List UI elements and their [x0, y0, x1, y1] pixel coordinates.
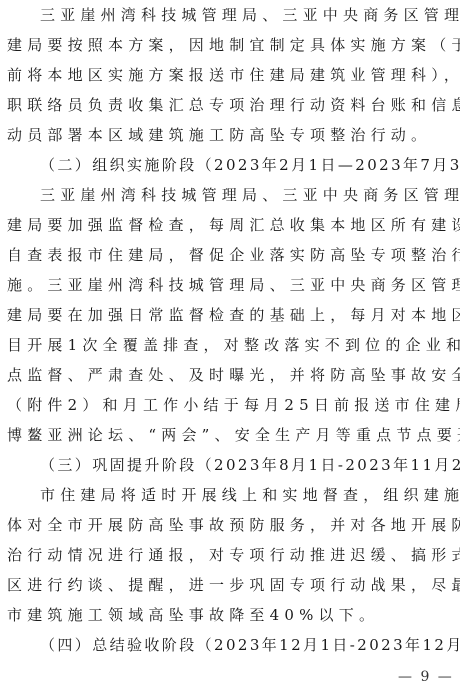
paragraph-line: 市住建局将适时开展线上和实地督查，组织建施安责险共保 — [40, 480, 457, 510]
section-heading: （三）巩固提升阶段（2023年8月1日-2023年11月25日） — [40, 450, 460, 480]
paragraph-line: 三亚崖州湾科技城管理局、三亚中央商务区管理局、各区住 — [40, 180, 457, 210]
paragraph-line: 目开展1次全覆盖排查，对整改落实不到位的企业和项目实行重 — [7, 330, 457, 360]
document-page: 三亚崖州湾科技城管理局、三亚中央商务区管理局、各区住 建局要按照本方案，因地制宜… — [0, 0, 460, 692]
paragraph-line: 博鳌亚洲论坛、“两会”、安全生产月等重点节点要开展专查专报。 — [7, 420, 457, 450]
paragraph-line: 前将本地区实施方案报送市住建局建筑业管理科），明确1名专 — [7, 60, 457, 90]
paragraph-line: 建局要按照本方案，因地制宜制定具体实施方案（于1月31日 — [7, 30, 457, 60]
paragraph-line: 治行动情况进行通报，对专项行动推进迟缓、搞形式走过场的地 — [7, 540, 457, 570]
paragraph-line: 建局要加强监督检查，每周汇总收集本地区所有建设项目防高坠 — [7, 210, 457, 240]
paragraph-line: 施。三亚崖州湾科技城管理局、三亚中央商务区管理局、各区住 — [7, 270, 457, 300]
paragraph-line: 区进行约谈、提醒，进一步巩固专项行动战果，尽最大努力将我 — [7, 570, 457, 600]
paragraph-line: 动员部署本区域建筑施工防高坠专项整治行动。 — [7, 120, 457, 150]
paragraph-line: 点监督、严肃查处、及时曝光，并将防高坠事故安全检查统计表 — [7, 360, 457, 390]
page-number: — 9 — — [398, 666, 454, 688]
paragraph-line: 体对全市开展防高坠事故预防服务，并对各地开展防高坠专项整 — [7, 510, 457, 540]
paragraph-line: 三亚崖州湾科技城管理局、三亚中央商务区管理局、各区住 — [40, 0, 457, 30]
paragraph-line: 建局要在加强日常监督检查的基础上，每月对本地区在建工程项 — [7, 300, 457, 330]
section-heading: （四）总结验收阶段（2023年12月1日-2023年12月15 — [40, 630, 460, 660]
paragraph-line: 市建筑施工领域高坠事故降至40%以下。 — [7, 600, 457, 630]
paragraph-line: 自查表报市住建局，督促企业落实防高坠专项整治行动各项措 — [7, 240, 457, 270]
paragraph-line: （附件2）和月工作小结于每月25日前报送市住建局。春节、 — [7, 390, 457, 420]
section-heading: （二）组织实施阶段（2023年2月1日—2023年7月31日） — [40, 150, 460, 180]
paragraph-line: 职联络员负责收集汇总专项治理行动资料台账和信息报送，全面 — [7, 90, 457, 120]
